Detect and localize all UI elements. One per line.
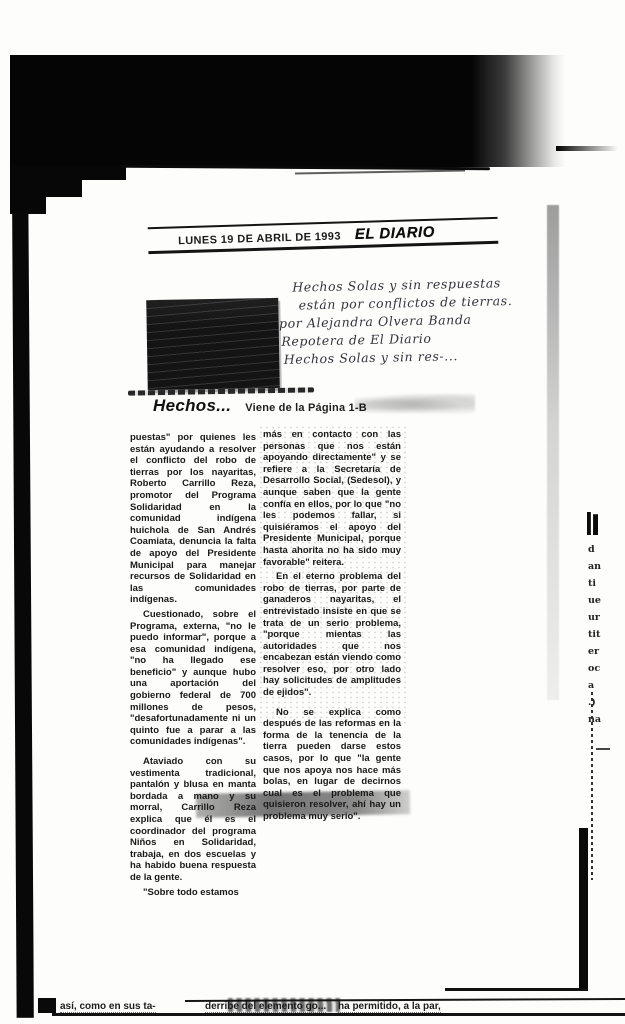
scan-artifact-left-strip xyxy=(6,212,34,1018)
scan-artifact-step xyxy=(10,165,126,180)
masthead-newspaper: EL DIARIO xyxy=(355,224,436,243)
paragraph: Ataviado con su vestimenta tradicional, … xyxy=(130,756,256,884)
bottom-text-left: así, como en sus ta- xyxy=(60,1001,156,1013)
paragraph: puestas" por quienes les están ayudando … xyxy=(130,432,256,606)
scan-artifact-right-strip xyxy=(547,205,559,700)
continuation-label: Viene de la Página 1-B xyxy=(245,402,367,414)
rule-line xyxy=(52,1013,625,1016)
scan-artifact-top-band xyxy=(10,55,566,167)
scan-smudge-band xyxy=(196,790,410,818)
edge-fragment: ur xyxy=(588,609,608,626)
scan-smudge xyxy=(355,394,475,416)
edge-fragment: tit xyxy=(588,626,608,643)
rule-line xyxy=(445,988,588,991)
paragraph: En el eterno problema del robo de tierra… xyxy=(263,571,401,699)
scan-artifact-step xyxy=(10,197,46,214)
edge-fragment: oc xyxy=(588,660,608,677)
article-column-2: más en contacto con las personas que nos… xyxy=(263,429,401,826)
scan-artifact-blob xyxy=(38,998,56,1013)
bottom-text-right: ha permitido, a la par, xyxy=(338,1001,441,1013)
paragraph: más en contacto con las personas que nos… xyxy=(263,429,401,568)
paragraph: "Sobre todo estamos xyxy=(130,887,256,899)
scan-artifact-dashed-line xyxy=(591,692,593,880)
scanned-newspaper-page: LUNES 19 DE ABRIL DE 1993 EL DIARIO Hech… xyxy=(0,0,625,1024)
handwritten-note: Hechos Solas y sin respuestas están por … xyxy=(292,273,544,368)
scan-artifact-tail xyxy=(556,146,618,151)
masthead-date: LUNES 19 DE ABRIL DE 1993 xyxy=(178,230,341,247)
edge-fragment: d xyxy=(588,541,608,558)
edge-fragment: an xyxy=(588,558,608,575)
handwritten-line: Hechos Solas y sin res-... xyxy=(284,346,534,369)
dark-photo-block xyxy=(146,298,280,390)
scan-artifact-right-bar xyxy=(579,828,588,990)
article-section-label: Hechos... xyxy=(153,396,231,416)
article-column-1: puestas" por quienes les están ayudando … xyxy=(130,432,256,901)
edge-fragment: ue xyxy=(588,592,608,609)
edge-fragment: er xyxy=(588,643,608,660)
scan-artifact-mark xyxy=(587,512,598,535)
scan-artifact-edge-line xyxy=(295,170,465,175)
edge-fragment: ti xyxy=(588,575,608,592)
paragraph: Cuestionado, sobre el Programa, externa,… xyxy=(130,609,256,748)
masthead: LUNES 19 DE ABRIL DE 1993 EL DIARIO xyxy=(148,217,499,254)
scan-artifact-step xyxy=(10,180,82,197)
scan-smudge xyxy=(228,998,340,1012)
scan-artifact-dash xyxy=(596,748,610,750)
